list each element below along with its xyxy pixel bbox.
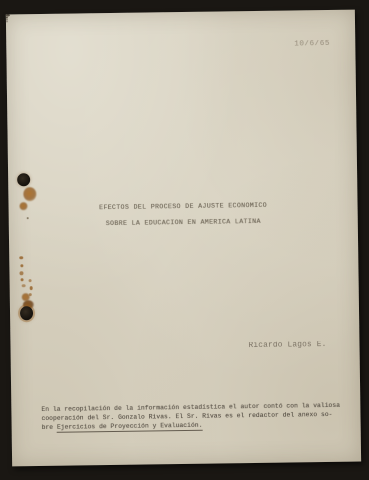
rust-stain — [27, 217, 29, 219]
rust-stain — [19, 256, 23, 259]
punch-hole-top — [17, 173, 30, 186]
rust-stain — [19, 271, 23, 275]
rust-stain — [21, 278, 24, 281]
title-line-2: SOBRE LA EDUCACION EN AMERICA LATINA — [9, 216, 358, 229]
title-block: EFECTOS DEL PROCESO DE AJUSTE ECONOMICO … — [9, 201, 358, 237]
scanned-page: 10/6/65 EFECTOS DEL PROCESO DE AJUSTE EC… — [6, 10, 361, 467]
date-stamp: 10/6/65 — [294, 40, 330, 48]
rust-stain — [19, 202, 27, 210]
rust-stain — [22, 284, 26, 287]
author-name: Ricardo Lagos E. — [248, 341, 326, 350]
rust-stain — [30, 286, 33, 290]
rust-stain — [20, 264, 23, 267]
rust-stain — [23, 187, 36, 201]
title-line-1: EFECTOS DEL PROCESO DE AJUSTE ECONOMICO — [9, 201, 358, 214]
footnote-line-3-prefix: bre — [42, 424, 57, 431]
footnote: En la recopilación de la información est… — [41, 401, 341, 433]
footnote-line-3-underlined-text: Ejercicios de Proyección y Evaluación. — [57, 422, 203, 433]
punch-hole-bottom — [20, 306, 33, 320]
rust-stain — [29, 279, 32, 282]
ink-speck — [6, 20, 8, 22]
